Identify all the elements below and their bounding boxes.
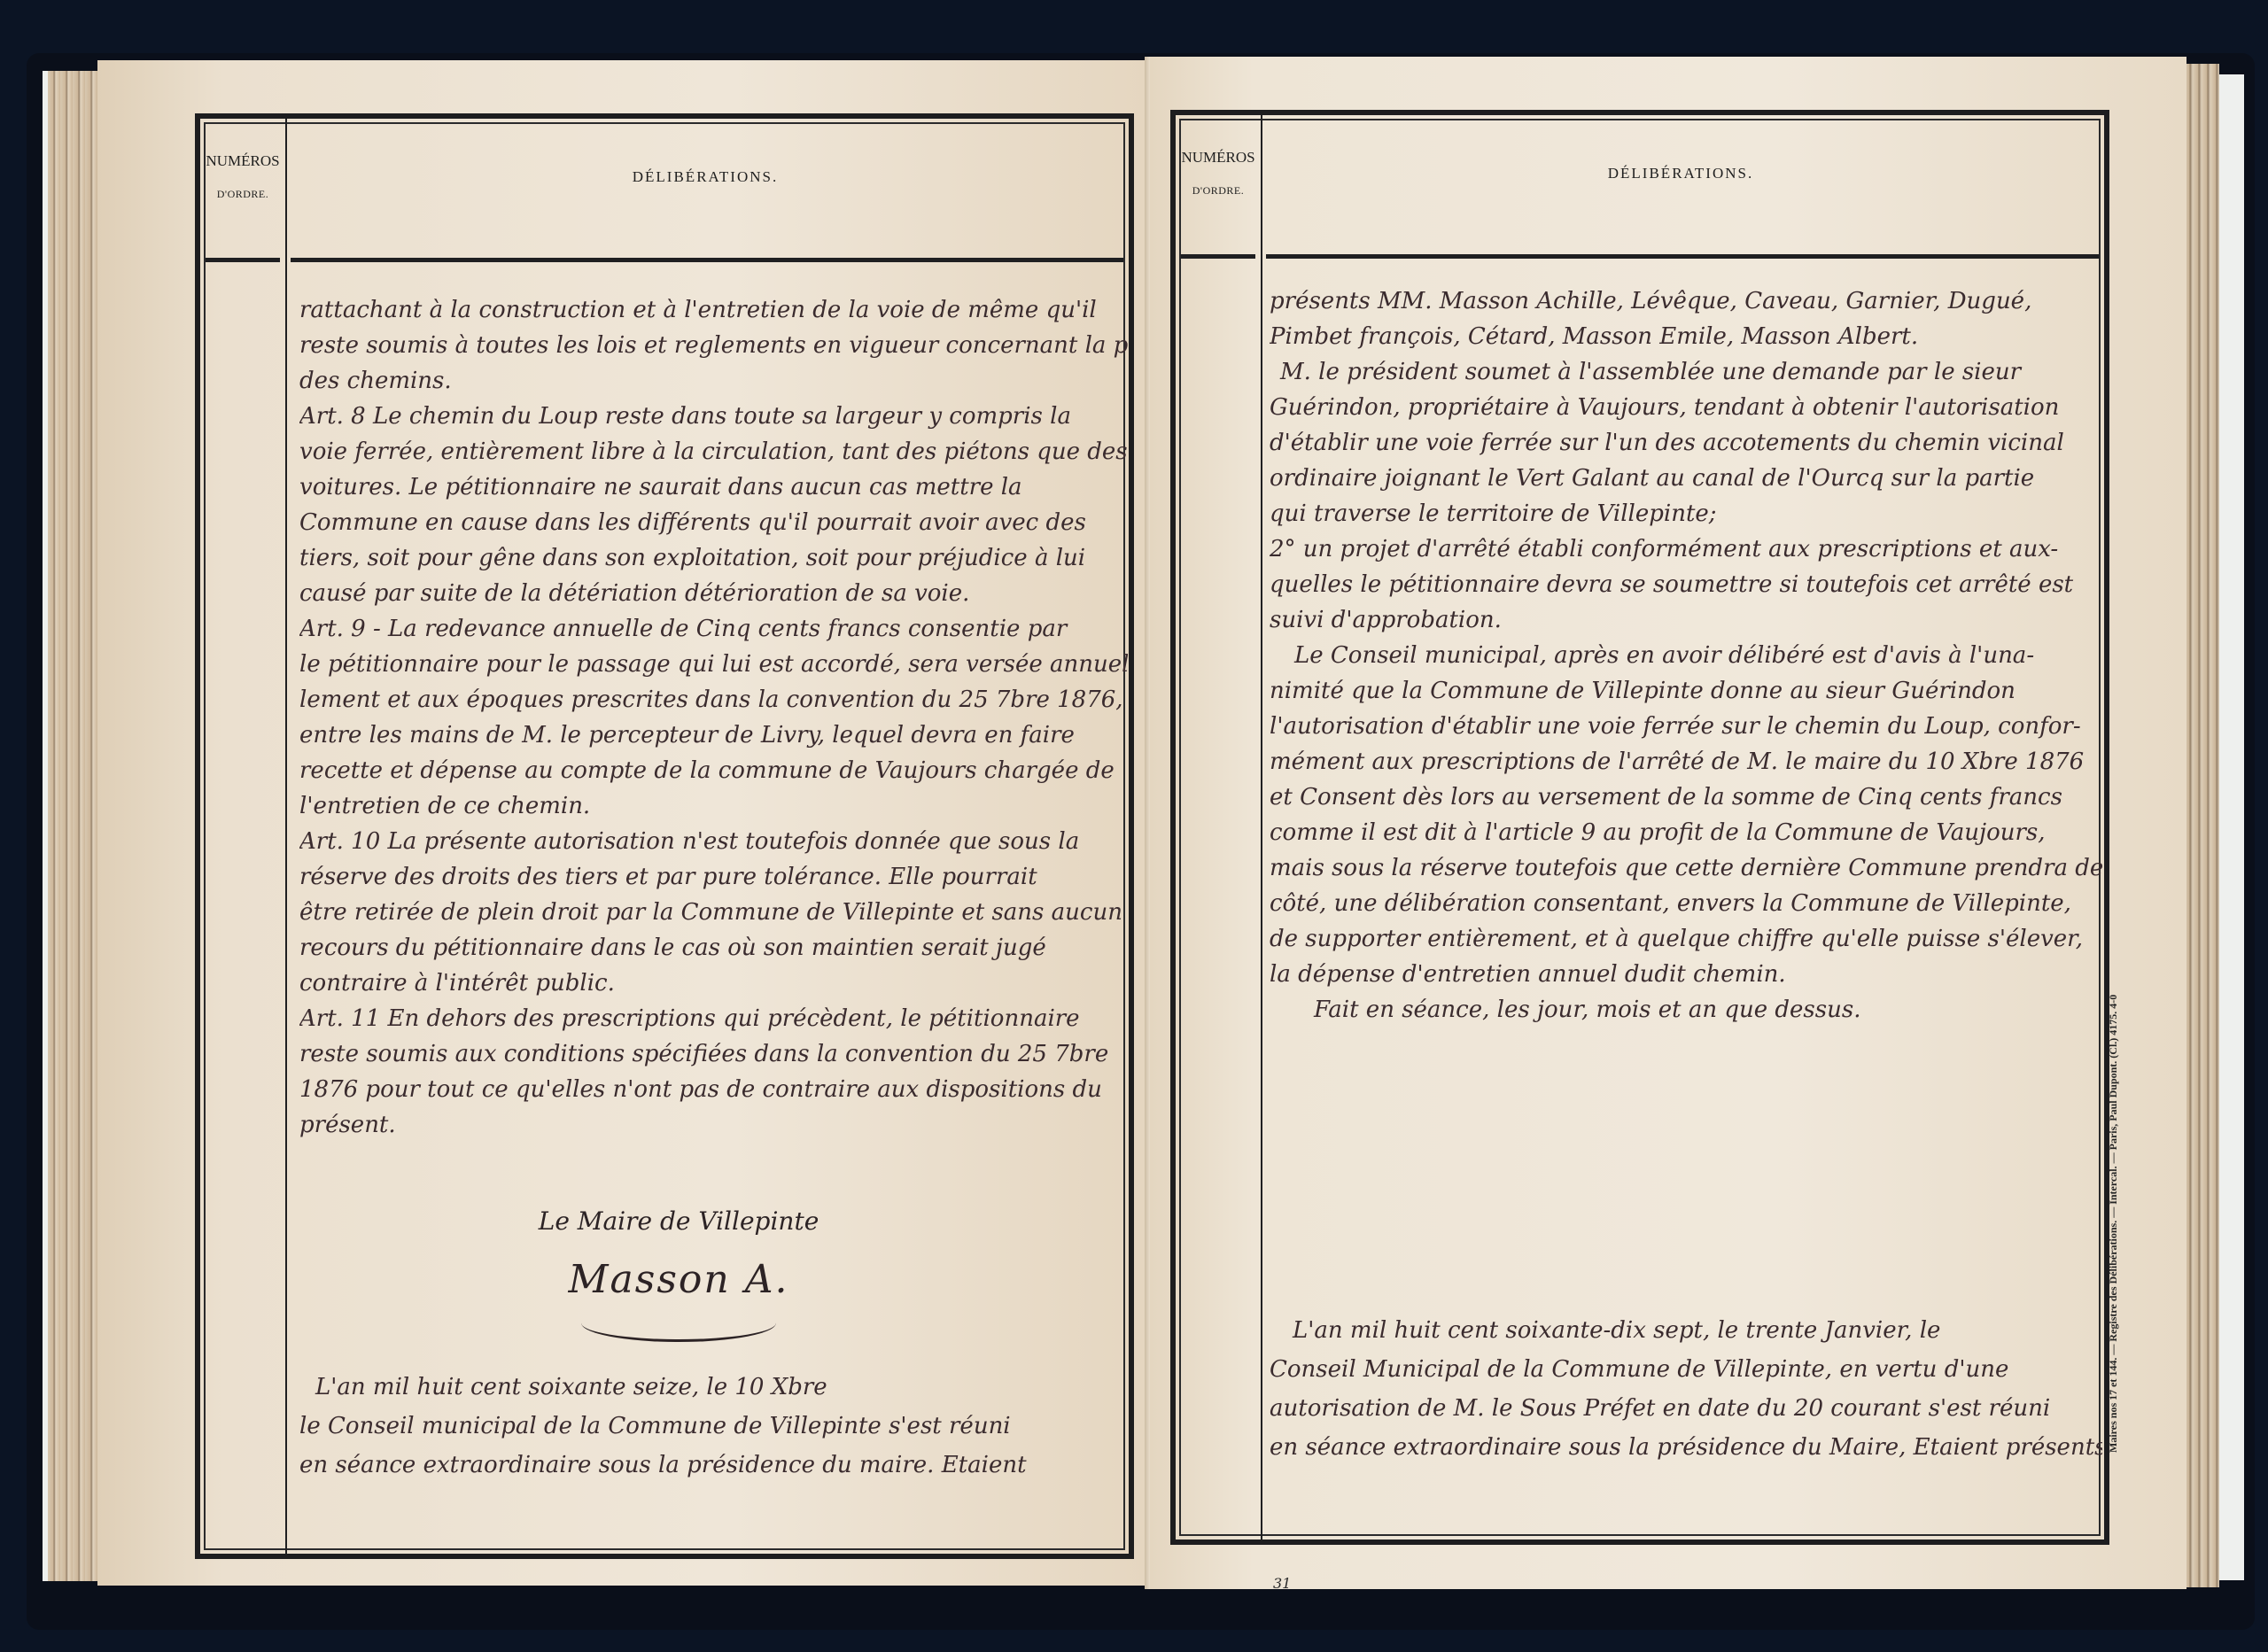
text-line: Fait en séance, les jour, mois et an que… <box>1270 992 2102 1028</box>
text-line: l'autorisation d'établir une voie ferrée… <box>1270 709 2102 744</box>
text-line: présents MM. Masson Achille, Lévêque, Ca… <box>1270 283 2102 319</box>
text-line: L'an mil huit cent soixante seize, le 10… <box>299 1368 1128 1407</box>
text-line: la dépense d'entretien annuel dudit chem… <box>1270 957 2102 992</box>
order-number-header: NUMÉROS D'ORDRE. <box>1179 149 1257 198</box>
text-line: rattachant à la construction et à l'entr… <box>299 292 1128 328</box>
text-line: mément aux prescriptions de l'arrêté de … <box>1270 744 2102 779</box>
text-line: 1876 pour tout ce qu'elles n'ont pas de … <box>299 1072 1128 1107</box>
right-new-entry: L'an mil huit cent soixante-dix sept, le… <box>1270 1311 2102 1467</box>
text-line: et Consent dès lors au versement de la s… <box>1270 779 2102 815</box>
text-line: Pimbet françois, Cétard, Masson Emile, M… <box>1270 319 2102 354</box>
text-line: Conseil Municipal de la Commune de Ville… <box>1270 1350 2102 1389</box>
margin-number: 31 <box>1273 1575 1291 1592</box>
text-line: contraire à l'intérêt public. <box>299 966 1128 1001</box>
header-dordre: D'ORDRE. <box>1179 184 1257 197</box>
left-page-text: rattachant à la construction et à l'entr… <box>299 292 1128 1143</box>
text-line: M. le président soumet à l'assemblée une… <box>1270 354 2102 390</box>
order-column-divider <box>1261 115 1262 1540</box>
signature-title: Le Maire de Villepinte <box>493 1206 865 1236</box>
header-dordre: D'ORDRE. <box>204 188 282 200</box>
left-page-frame: NUMÉROS D'ORDRE. DÉLIBÉRATIONS. rattacha… <box>195 113 1134 1559</box>
text-line: 2° un projet d'arrêté établi conformémen… <box>1270 531 2102 567</box>
text-line: voie ferrée, entièrement libre à la circ… <box>299 434 1128 469</box>
left-page: NUMÉROS D'ORDRE. DÉLIBÉRATIONS. rattacha… <box>97 60 1150 1586</box>
text-line: mais sous la réserve toutefois que cette… <box>1270 850 2102 886</box>
header-rule <box>1181 254 1255 259</box>
text-line: L'an mil huit cent soixante-dix sept, le… <box>1270 1311 2102 1350</box>
text-line: côté, une délibération consentant, enver… <box>1270 886 2102 921</box>
mayor-signature-block: Le Maire de Villepinte Masson A. <box>493 1206 865 1342</box>
text-line: lement et aux époques prescrites dans la… <box>299 682 1128 717</box>
right-page-frame: NUMÉROS D'ORDRE. DÉLIBÉRATIONS. présents… <box>1170 110 2109 1545</box>
signature-flourish <box>581 1304 776 1342</box>
text-line: présent. <box>299 1107 1128 1143</box>
text-line: recette et dépense au compte de la commu… <box>299 753 1128 788</box>
text-line: entre les mains de M. le percepteur de L… <box>299 717 1128 753</box>
order-number-header: NUMÉROS D'ORDRE. <box>204 152 282 201</box>
header-rule <box>291 258 1123 262</box>
right-page: NUMÉROS D'ORDRE. DÉLIBÉRATIONS. présents… <box>1150 57 2186 1589</box>
text-line: suivi d'approbation. <box>1270 602 2102 638</box>
text-line: de supporter entièrement, et à quelque c… <box>1270 921 2102 957</box>
text-line: Commune en cause dans les différents qu'… <box>299 505 1128 540</box>
text-line: Art. 9 - La redevance annuelle de Cinq c… <box>299 611 1128 647</box>
text-line: nimité que la Commune de Villepinte donn… <box>1270 673 2102 709</box>
left-page-edges <box>43 71 103 1581</box>
header-rule <box>1266 254 2099 259</box>
text-line: le pétitionnaire pour le passage qui lui… <box>299 647 1128 682</box>
text-line: causé par suite de la détériation détéri… <box>299 576 1128 611</box>
order-column-divider <box>285 119 287 1554</box>
signature-name: Masson A. <box>493 1257 865 1302</box>
text-line: le Conseil municipal de la Commune de Vi… <box>299 1407 1128 1446</box>
text-line: Art. 10 La présente autorisation n'est t… <box>299 824 1128 859</box>
text-line: reste soumis à toutes les lois et reglem… <box>299 328 1128 363</box>
text-line: comme il est dit à l'article 9 au profit… <box>1270 815 2102 850</box>
text-line: tiers, soit pour gêne dans son exploitat… <box>299 540 1128 576</box>
text-line: recours du pétitionnaire dans le cas où … <box>299 930 1128 966</box>
text-line: des chemins. <box>299 363 1128 399</box>
text-line: Art. 11 En dehors des prescriptions qui … <box>299 1001 1128 1036</box>
header-numeros: NUMÉROS <box>206 152 279 169</box>
header-numeros: NUMÉROS <box>1181 149 1254 166</box>
left-new-entry: L'an mil huit cent soixante seize, le 10… <box>299 1368 1128 1485</box>
text-line: être retirée de plein droit par la Commu… <box>299 895 1128 930</box>
text-line: l'entretien de ce chemin. <box>299 788 1128 824</box>
text-line: ordinaire joignant le Vert Galant au can… <box>1270 461 2102 496</box>
text-line: Guérindon, propriétaire à Vaujours, tend… <box>1270 390 2102 425</box>
text-line: quelles le pétitionnaire devra se soumet… <box>1270 567 2102 602</box>
text-line: d'établir une voie ferrée sur l'un des a… <box>1270 425 2102 461</box>
text-line: en séance extraordinaire sous la préside… <box>299 1446 1128 1485</box>
printer-imprint: Maires nos 17 et 144. — Registre des Dél… <box>2107 921 2124 1453</box>
text-line: réserve des droits des tiers et par pure… <box>299 859 1128 895</box>
deliberations-header: DÉLIBÉRATIONS. <box>1264 165 2097 182</box>
text-line: qui traverse le territoire de Villepinte… <box>1270 496 2102 531</box>
text-line: autorisation de M. le Sous Préfet en dat… <box>1270 1389 2102 1428</box>
deliberations-header: DÉLIBÉRATIONS. <box>289 168 1122 186</box>
text-line: voitures. Le pétitionnaire ne saurait da… <box>299 469 1128 505</box>
text-line: reste soumis aux conditions spécifiées d… <box>299 1036 1128 1072</box>
text-line: Art. 8 Le chemin du Loup reste dans tout… <box>299 399 1128 434</box>
right-page-edges <box>2184 64 2219 1587</box>
header-rule <box>206 258 280 262</box>
text-line: Le Conseil municipal, après en avoir dél… <box>1270 638 2102 673</box>
text-line: en séance extraordinaire sous la préside… <box>1270 1428 2102 1467</box>
right-page-text: présents MM. Masson Achille, Lévêque, Ca… <box>1270 283 2102 1028</box>
